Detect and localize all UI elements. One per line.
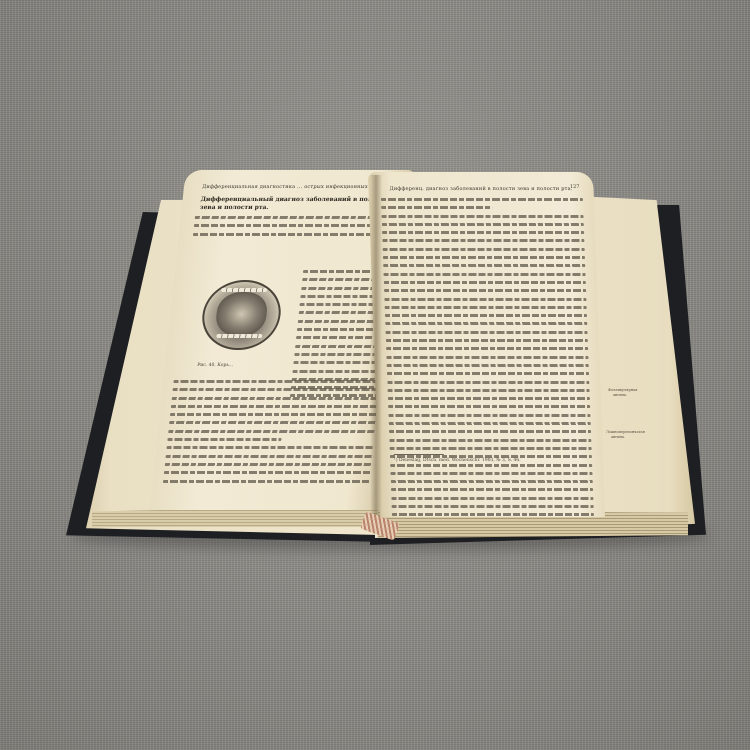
mouth-illustration: [194, 272, 289, 360]
footnote: ¹) Deneslag, Dtsch. med. Wochenschr. 190…: [394, 458, 521, 463]
book-gutter: [370, 175, 382, 520]
right-page: Дифференц. диагноз заболеваний в полости…: [368, 172, 605, 517]
left-intro-text: [193, 216, 399, 236]
margin-note-1: Фолликулярная ангина.: [608, 388, 632, 397]
figure-caption: Рис. 40. Корь...: [197, 363, 233, 368]
page-number: 127: [570, 184, 580, 190]
right-running-head: Дифференц. диагноз заболеваний в полости…: [378, 186, 583, 192]
right-body-text: [381, 198, 595, 517]
left-body-text: [162, 380, 381, 488]
footnote-divider: [394, 454, 444, 455]
margin-note-2: Ложноперепончатая ангина.: [606, 430, 630, 439]
photo-scene: Дифференциальная диагностика ... острых …: [0, 0, 750, 750]
